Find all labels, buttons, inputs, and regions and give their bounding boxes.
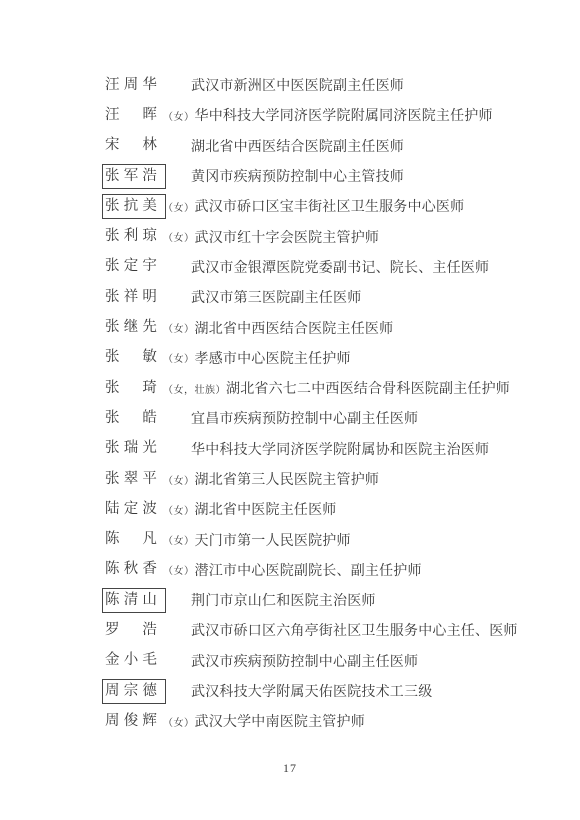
list-item: 张 皓宜昌市疾病预防控制中心副主任医师 [105,403,580,433]
entry-name-highlighted: 张抗美 [105,197,163,216]
entry-name: 陈秋香 [105,560,163,579]
entry-name: 张利琼 [105,227,163,246]
entry-affiliation-title: 华中科技大学同济医学院附属同济医院主任护师 [195,105,493,125]
entry-name: 张 敏 [105,348,163,367]
entry-gender-note: （女） [163,562,195,577]
list-item: 陆定波（女）湖北省中医院主任医师 [105,494,580,524]
entry-affiliation-title: 宜昌市疾病预防控制中心副主任医师 [191,408,418,428]
entry-name: 汪 晖 [105,106,163,125]
page-number: 17 [0,761,580,776]
entry-affiliation-title: 潜江市中心医院副院长、副主任护师 [195,560,422,580]
entry-name: 宋 林 [105,136,163,155]
entry-affiliation-title: 武汉市金银潭医院党委副书记、院长、主任医师 [191,257,489,277]
entry-gender-note: （女） [163,199,195,214]
entry-name-highlighted: 陈清山 [105,591,163,610]
list-item: 张继先（女）湖北省中西医结合医院主任医师 [105,312,580,342]
entry-affiliation-title: 武汉市第三医院副主任医师 [191,287,361,307]
list-item: 张抗美（女）武汉市硚口区宝丰街社区卫生服务中心医师 [105,191,580,221]
entry-affiliation-title: 湖北省中医院主任医师 [195,499,337,519]
entry-name: 陆定波 [105,500,163,519]
entry-gender-note: （女，壮族） [163,381,226,396]
entry-name-highlighted: 张军浩 [105,167,163,186]
list-item: 罗 浩武汉市硚口区六角亭街社区卫生服务中心主任、医师 [105,615,580,645]
entry-affiliation-title: 武汉市红十字会医院主管护师 [195,227,380,247]
entry-affiliation-title: 武汉科技大学附属天佑医院技术工三级 [191,681,432,701]
list-item: 张利琼（女）武汉市红十字会医院主管护师 [105,221,580,251]
entry-affiliation-title: 武汉市新洲区中医医院副主任医师 [191,75,404,95]
entry-gender-note: （女） [163,472,195,487]
list-item: 张军浩黄冈市疾病预防控制中心主管技师 [105,161,580,191]
list-item: 汪 晖（女）华中科技大学同济医学院附属同济医院主任护师 [105,100,580,130]
entry-name: 周俊辉 [105,712,163,731]
entry-name: 罗 浩 [105,621,163,640]
entry-gender-note: （女） [163,108,195,123]
entry-name: 汪周华 [105,76,163,95]
list-item: 张祥明武汉市第三医院副主任医师 [105,282,580,312]
entry-name: 张祥明 [105,288,163,307]
entry-gender-note: （女） [163,350,195,365]
entry-name: 金小毛 [105,651,163,670]
entry-affiliation-title: 武汉大学中南医院主管护师 [195,711,365,731]
roster-list: 汪周华武汉市新洲区中医医院副主任医师汪 晖（女）华中科技大学同济医学院附属同济医… [0,0,580,737]
list-item: 张 敏（女）孝感市中心医院主任护师 [105,343,580,373]
entry-affiliation-title: 湖北省中西医结合医院主任医师 [195,318,394,338]
entry-name: 张瑞光 [105,439,163,458]
list-item: 汪周华武汉市新洲区中医医院副主任医师 [105,70,580,100]
entry-affiliation-title: 武汉市硚口区六角亭街社区卫生服务中心主任、医师 [191,620,518,640]
entry-affiliation-title: 华中科技大学同济医学院附属协和医院主治医师 [191,439,489,459]
list-item: 张定宇武汉市金银潭医院党委副书记、院长、主任医师 [105,252,580,282]
entry-name: 张定宇 [105,257,163,276]
list-item: 张 琦（女，壮族）湖北省六七二中西医结合骨科医院副主任护师 [105,373,580,403]
entry-affiliation-title: 武汉市硚口区宝丰街社区卫生服务中心医师 [195,196,465,216]
entry-name-highlighted: 周宗德 [105,682,163,701]
list-item: 宋 林湖北省中西医结合医院副主任医师 [105,131,580,161]
entry-gender-note: （女） [163,532,195,547]
entry-name: 张 琦 [105,379,163,398]
entry-affiliation-title: 湖北省六七二中西医结合骨科医院副主任护师 [226,378,510,398]
entry-gender-note: （女） [163,320,195,335]
entry-affiliation-title: 黄冈市疾病预防控制中心主管技师 [191,166,404,186]
entry-gender-note: （女） [163,502,195,517]
list-item: 张翠平（女）湖北省第三人民医院主管护师 [105,464,580,494]
entry-affiliation-title: 湖北省第三人民医院主管护师 [195,469,380,489]
list-item: 陈 凡（女）天门市第一人民医院护师 [105,524,580,554]
entry-affiliation-title: 孝感市中心医院主任护师 [195,348,351,368]
entry-name: 陈 凡 [105,530,163,549]
list-item: 陈秋香（女）潜江市中心医院副院长、副主任护师 [105,555,580,585]
entry-affiliation-title: 湖北省中西医结合医院副主任医师 [191,136,404,156]
list-item: 陈清山荆门市京山仁和医院主治医师 [105,585,580,615]
list-item: 张瑞光华中科技大学同济医学院附属协和医院主治医师 [105,434,580,464]
entry-affiliation-title: 荆门市京山仁和医院主治医师 [191,590,376,610]
list-item: 金小毛武汉市疾病预防控制中心副主任医师 [105,646,580,676]
entry-name: 张翠平 [105,470,163,489]
list-item: 周俊辉（女）武汉大学中南医院主管护师 [105,706,580,736]
entry-name: 张继先 [105,318,163,337]
list-item: 周宗德武汉科技大学附属天佑医院技术工三级 [105,676,580,706]
entry-gender-note: （女） [163,229,195,244]
entry-name: 张 皓 [105,409,163,428]
entry-affiliation-title: 武汉市疾病预防控制中心副主任医师 [191,651,418,671]
entry-affiliation-title: 天门市第一人民医院护师 [195,530,351,550]
entry-gender-note: （女） [163,714,195,729]
